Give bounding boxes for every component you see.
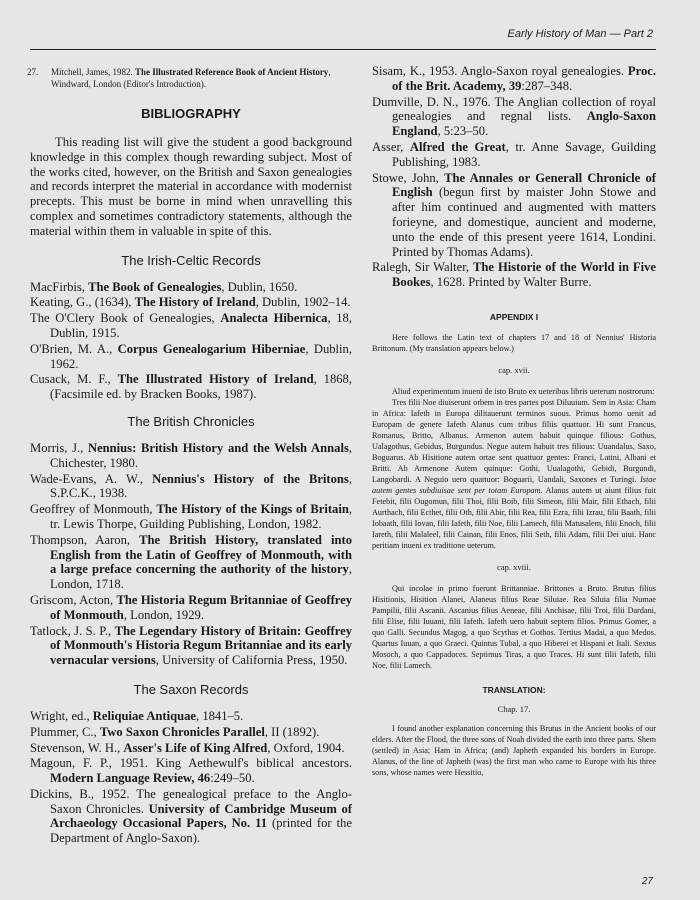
translation-title: TRANSLATION: [372,685,656,695]
reference-item: Plummer, C., Two Saxon Chronicles Parall… [30,725,352,740]
reference-item: Sisam, K., 1953. Anglo-Saxon royal genea… [372,64,656,94]
chap17-title: Chap. 17. [372,704,656,714]
reference-item: Cusack, M. F., The Illustrated History o… [30,372,352,402]
reference-item: Morris, J., Nennius: British History and… [30,441,352,471]
running-head: Early History of Man — Part 2 [508,28,654,40]
page-number: 27 [642,876,653,887]
reference-item: Magoun, F. P., 1951. King Aethewulf's bi… [30,756,352,786]
cap18-title: cap. xviii. [372,562,656,572]
reference-item: O'Brien, M. A., Corpus Genealogarium Hib… [30,342,352,372]
reference-item: Wade-Evans, A. W., Nennius's History of … [30,472,352,502]
reference-item: Dumville, D. N., 1976. The Anglian colle… [372,95,656,139]
left-column: 27. Mitchell, James, 1982. The Illustrat… [30,66,352,847]
reference-item: Ralegh, Sir Walter, The Historie of the … [372,260,656,290]
reference-item: Thompson, Aaron, The British History, tr… [30,533,352,592]
appendix-title: APPENDIX I [372,312,656,322]
reference-item: Griscom, Acton, The Historia Regum Brita… [30,593,352,623]
reference-item: Tatlock, J. S. P., The Legendary History… [30,624,352,668]
reference-item: The O'Clery Book of Genealogies, Analect… [30,311,352,341]
reference-item: Asser, Alfred the Great, tr. Anne Savage… [372,140,656,170]
reference-item: Geoffrey of Monmouth, The History of the… [30,502,352,532]
reference-item: Dickins, B., 1952. The genealogical pref… [30,787,352,846]
right-column: Sisam, K., 1953. Anglo-Saxon royal genea… [372,64,656,778]
ref-list-saxon-left: Wright, ed., Reliquiae Antiquae, 1841–5.… [30,709,352,846]
reference-item: Stevenson, W. H., Asser's Life of King A… [30,741,352,756]
cap17-paragraph-1: Aliud experimentum inueni de isto Bruto … [372,386,656,397]
appendix-intro: Here follows the Latin text of chapters … [372,332,656,354]
section-title-saxon: The Saxon Records [30,682,352,697]
ref-list-saxon-right: Sisam, K., 1953. Anglo-Saxon royal genea… [372,64,656,290]
ref-list-british: Morris, J., Nennius: British History and… [30,441,352,668]
footnote-number: 27. [27,66,51,90]
header-rule [30,49,656,50]
bibliography-intro: This reading list will give the student … [30,135,352,239]
reference-item: Stowe, John, The Annales or Generall Chr… [372,171,656,260]
cap18-paragraph-1: Qui incolae in primo fuerunt Brittanniae… [372,583,656,671]
footnote-27: 27. Mitchell, James, 1982. The Illustrat… [27,66,352,90]
bibliography-title: BIBLIOGRAPHY [30,106,352,121]
section-title-irish: The Irish-Celtic Records [30,253,352,268]
cap17-title: cap. xvii. [372,365,656,375]
reference-item: Keating, G., (1634), The History of Irel… [30,295,352,310]
section-title-british: The British Chronicles [30,414,352,429]
footnote-text: Mitchell, James, 1982. The Illustrated R… [51,66,352,90]
cap17-paragraph-2: Tres filii Noe diuiserunt orbem in tres … [372,397,656,551]
reference-item: Wright, ed., Reliquiae Antiquae, 1841–5. [30,709,352,724]
chap17-translation-paragraph: I found another explanation concerning t… [372,723,656,778]
ref-list-irish: MacFirbis, The Book of Genealogies, Dubl… [30,280,352,402]
reference-item: MacFirbis, The Book of Genealogies, Dubl… [30,280,352,295]
